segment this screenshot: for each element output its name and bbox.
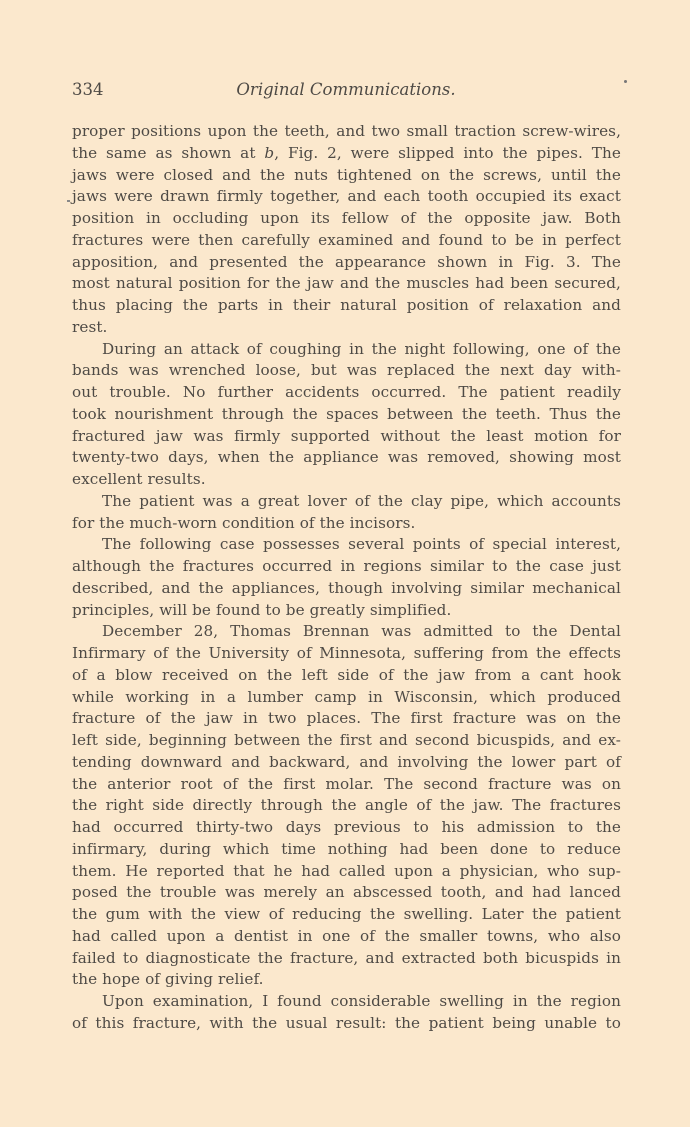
text-line: failed to diagnosticate the fracture, an… (72, 948, 621, 970)
text-line: bands was wrenched loose, but was replac… (72, 360, 621, 382)
text-line: of this fracture, with the usual result:… (72, 1013, 621, 1035)
running-head: Original Communications. (72, 80, 620, 99)
text-line: most natural position for the jaw and th… (72, 273, 621, 295)
text-line: apposition, and presented the appearance… (72, 252, 621, 274)
print-speck (624, 80, 627, 83)
margin-mark (67, 200, 70, 202)
text-line: left side, beginning between the first a… (72, 730, 621, 752)
text-line: Upon examination, I found considerable s… (72, 991, 621, 1013)
text-line: principles, will be found to be greatly … (72, 600, 621, 622)
text-line: the anterior root of the first molar. Th… (72, 774, 621, 796)
text-line: twenty-two days, when the appliance was … (72, 447, 621, 469)
text-line: tending downward and backward, and invol… (72, 752, 621, 774)
text-line: rest. (72, 317, 621, 339)
text-line: fractures were then carefully examined a… (72, 230, 621, 252)
text-line: jaws were drawn firmly together, and eac… (72, 186, 621, 208)
text-line: them. He reported that he had called upo… (72, 861, 621, 883)
book-page: 334 Original Communications. proper posi… (0, 0, 690, 1127)
text-line: Infirmary of the University of Minnesota… (72, 643, 621, 665)
text-line: The following case possesses several poi… (72, 534, 621, 556)
text-line: During an attack of coughing in the nigh… (72, 339, 621, 361)
text-line: out trouble. No further accidents occurr… (72, 382, 621, 404)
text-line: of a blow received on the left side of t… (72, 665, 621, 687)
text-line: had called upon a dentist in one of the … (72, 926, 621, 948)
text-line: excellent results. (72, 469, 621, 491)
body-text: proper positions upon the teeth, and two… (72, 121, 621, 1035)
text-line: jaws were closed and the nuts tightened … (72, 165, 621, 187)
text-line: while working in a lumber camp in Wiscon… (72, 687, 621, 709)
text-line: proper positions upon the teeth, and two… (72, 121, 621, 143)
text-line: fracture of the jaw in two places. The f… (72, 708, 621, 730)
text-line: December 28, Thomas Brennan was admitted… (72, 621, 621, 643)
text-line: fractured jaw was firmly supported witho… (72, 426, 621, 448)
text-line: although the fractures occurred in regio… (72, 556, 621, 578)
text-line: described, and the appliances, though in… (72, 578, 621, 600)
text-line: for the much-worn condition of the incis… (72, 513, 621, 535)
text-line: the same as shown at b, Fig. 2, were sli… (72, 143, 621, 165)
text-line: infirmary, during which time nothing had… (72, 839, 621, 861)
text-line: posed the trouble was merely an abscesse… (72, 882, 621, 904)
text-line: thus placing the parts in their natural … (72, 295, 621, 317)
text-line: the hope of giving relief. (72, 969, 621, 991)
text-line: position in occluding upon its fellow of… (72, 208, 621, 230)
text-line: took nourishment through the spaces betw… (72, 404, 621, 426)
page-header: 334 Original Communications. (72, 80, 620, 104)
text-line: The patient was a great lover of the cla… (72, 491, 621, 513)
text-line: the right side directly through the angl… (72, 795, 621, 817)
text-line: had occurred thirty-two days previous to… (72, 817, 621, 839)
text-line: the gum with the view of reducing the sw… (72, 904, 621, 926)
